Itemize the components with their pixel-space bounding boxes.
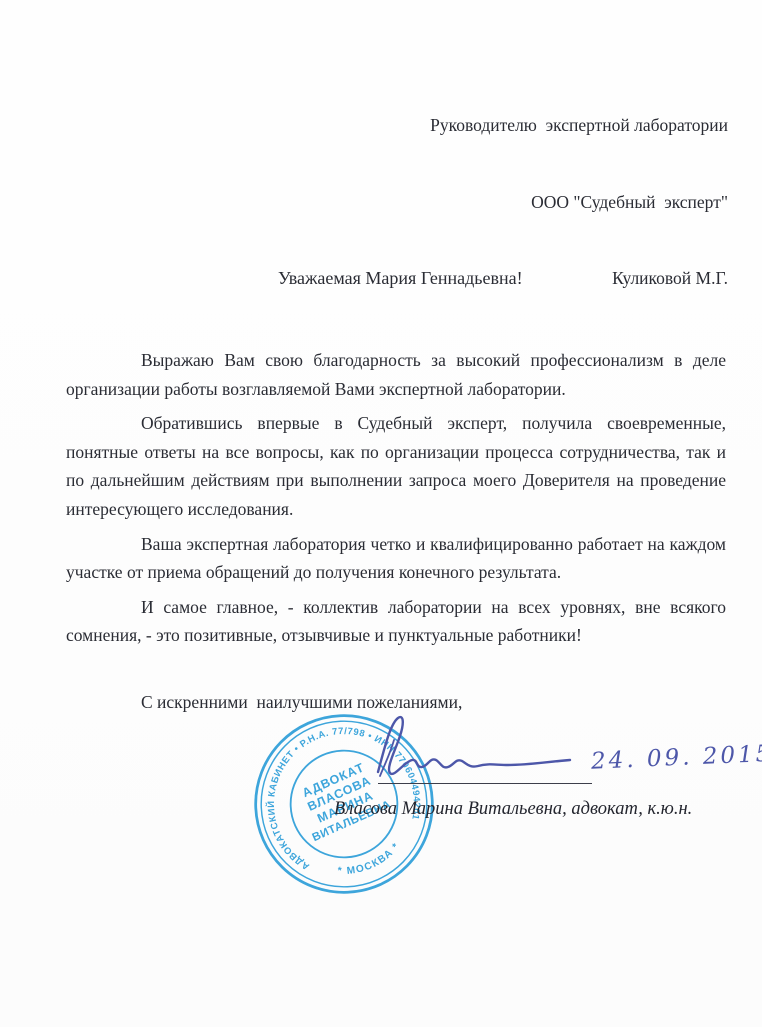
closing-line: С искренними наилучшими пожеланиями,	[66, 688, 726, 717]
salutation: Уважаемая Мария Геннадьевна!	[66, 268, 726, 289]
recipient-line: Руководителю экспертной лаборатории	[66, 113, 728, 139]
body-paragraph: Ваша экспертная лаборатория четко и квал…	[66, 530, 726, 587]
svg-text:* МОСКВА *: * МОСКВА *	[333, 839, 406, 885]
stamp-ring-text: АДВОКАТСКИЙ КАБИНЕТ • Р.Н.А. 77/798 • ИН…	[241, 701, 434, 878]
letter-page: Руководителю экспертной лаборатории ООО …	[0, 0, 762, 1027]
stamp-center-line: АДВОКАТ	[300, 760, 366, 800]
body-paragraph: И самое главное, - коллектив лаборатории…	[66, 593, 726, 650]
handwritten-date: 24. 09. 2015 г.	[591, 739, 762, 774]
body-paragraph: Обратившись впервые в Судебный эксперт, …	[66, 409, 726, 523]
stamp-center-line: МАРИНА	[315, 788, 375, 825]
letter-body: Выражаю Вам свою благодарность за высоки…	[66, 346, 726, 723]
svg-text:АДВОКАТСКИЙ КАБИНЕТ • Р.Н.А. 7: АДВОКАТСКИЙ КАБИНЕТ • Р.Н.А. 77/798 • ИН…	[241, 701, 434, 878]
signer-name-line: Власова Марина Витальевна, адвокат, к.ю.…	[334, 799, 692, 820]
stamp-center-text: АДВОКАТ ВЛАСОВА МАРИНА ВИТАЛЬЕВНА	[292, 757, 393, 845]
signature-line	[378, 783, 592, 784]
stamp-center-line: ВИТАЛЬЕВНА	[311, 799, 393, 844]
stamp-ring-bottom-text: * МОСКВА *	[333, 839, 406, 885]
handwritten-signature	[360, 710, 610, 795]
body-paragraph: Выражаю Вам свою благодарность за высоки…	[66, 346, 726, 403]
recipient-line: ООО "Судебный эксперт"	[66, 190, 728, 216]
stamp-center-line: ВЛАСОВА	[305, 773, 373, 813]
recipient-block: Руководителю экспертной лаборатории ООО …	[66, 62, 728, 343]
